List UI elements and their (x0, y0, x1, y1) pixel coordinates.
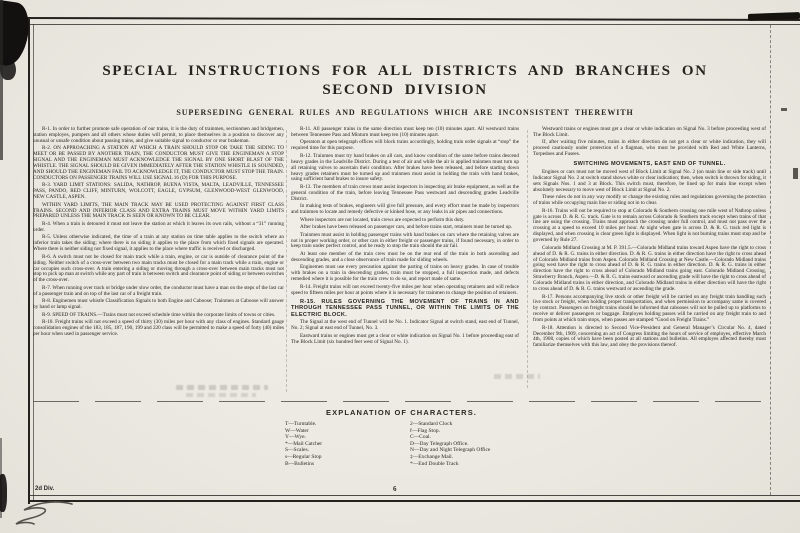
faded-stamp-smudge-2 (186, 393, 256, 397)
page-number: 6 (393, 485, 397, 493)
text-column-1: R-1. In order to further promote safe op… (33, 127, 284, 339)
page-title-line1: SPECIAL INSTRUCTIONS FOR ALL DISTRICTS A… (40, 62, 770, 81)
rule-paragraph: SWITCHING MOVEMENTS, EAST END OF TUNNEL. (533, 161, 766, 167)
page-subtitle: SUPERSEDING GENERAL RULES AND REGULATION… (40, 108, 770, 117)
page-border-left-outer (28, 18, 30, 504)
rule-paragraph: R-8. Enginemen must whistle Classificati… (33, 299, 284, 311)
rule-paragraph: R-17. Persons accompanying live stock or… (533, 295, 766, 325)
legend-item: Y—Wye. (285, 434, 322, 441)
rule-paragraph: In making tests of brakes, engineers wil… (291, 204, 519, 216)
faded-stamp-smudge-1 (176, 385, 268, 390)
rule-paragraph: R-13. The members of train crews must as… (291, 185, 519, 203)
division-label: 2d Div. (35, 486, 54, 492)
rule-paragraph: R-16. Trains will not be required to sto… (533, 209, 766, 244)
rule-paragraph: R-11. All passenger trains in the same d… (291, 127, 519, 139)
rule-paragraph: At least one member of the train crew mu… (291, 252, 519, 264)
scan-speck-right-1 (781, 108, 787, 111)
explanation-of-characters: EXPLANATION OF CHARACTERS. T—Turntable. … (33, 408, 770, 417)
legend-item: *—End Double Track (410, 461, 490, 468)
page-border-right-dotted (770, 25, 771, 495)
section-divider-rule (33, 401, 770, 402)
page-border-top-outer (24, 17, 800, 21)
rule-paragraph: Trainmen must assist in holding passenge… (291, 233, 519, 251)
rule-paragraph: The Signal at the west end of Tunnel wil… (291, 320, 519, 332)
legend-item: *—Mail Catcher (285, 441, 322, 448)
legend-item: C—Coal. (410, 434, 490, 441)
rule-paragraph: R-7. When running over track or bridge u… (33, 286, 284, 298)
rule-paragraph: R-14. Freight trains will not exceed twe… (291, 285, 519, 297)
legend-column-left: T—Turntable. W—Water Y—Wye. *—Mail Catch… (285, 421, 322, 467)
column-divider-1 (286, 130, 287, 392)
legend-item: ‡—Exchange Mail. (410, 454, 490, 461)
rule-paragraph: R-1. In order to further promote safe op… (33, 127, 284, 145)
legend-item: S—Scales. (285, 447, 322, 454)
legend-item: s—Regular Stop (285, 454, 322, 461)
rule-paragraph: After brakes have been released on passe… (291, 225, 519, 231)
rule-paragraph: R-12. Trainmen must try hand brakes on a… (291, 154, 519, 184)
text-column-2: R-11. All passenger trains in the same d… (291, 127, 519, 347)
rule-paragraph: Enginemen must use every precaution agai… (291, 265, 519, 283)
handwritten-mark (8, 498, 80, 530)
rule-paragraph: R-5. Unless otherwise indicated, the tim… (33, 235, 284, 253)
rule-paragraph: These rules do not in any way modify or … (533, 195, 766, 207)
rule-paragraph: If, after waiting five minutes, trains i… (533, 140, 766, 158)
legend-item: f—Flag Stop. (410, 428, 490, 435)
rule-paragraph: R-18. Attention is directed to Second Vi… (533, 326, 766, 350)
rule-paragraph: Westward trains or engines must get a cl… (533, 127, 766, 139)
rule-paragraph: R-10. Freight trains will not exceed a s… (33, 320, 284, 338)
rule-paragraph: WITHIN YARD LIMITS, THE MAIN TRACK MAY B… (33, 203, 284, 221)
scan-ink-blob-bottom-left (0, 474, 7, 512)
scanned-page: SPECIAL INSTRUCTIONS FOR ALL DISTRICTS A… (0, 0, 800, 533)
scan-edge-shadow-left-top (0, 0, 3, 160)
legend-item: T—Turntable. (285, 421, 322, 428)
column-divider-2 (527, 130, 528, 388)
scan-speck-right-2 (793, 168, 798, 179)
rule-paragraph: R-15. RULES GOVERNING THE MOVEMENT OF TR… (291, 299, 519, 318)
legend-item: 2—Standard Clock (410, 421, 490, 428)
rule-paragraph: R-6. A switch must not be closed for mai… (33, 255, 284, 285)
page-border-bottom-inner (28, 495, 800, 496)
page-header: SPECIAL INSTRUCTIONS FOR ALL DISTRICTS A… (40, 62, 770, 100)
page-border-bottom-outer (28, 500, 800, 502)
page-title-line2: SECOND DIVISION (40, 81, 770, 100)
rule-paragraph: Where inspectors are not located, train … (291, 218, 519, 224)
rule-paragraph: R-4. When a train is detoured it must no… (33, 222, 284, 234)
rule-paragraph: Engines or cars must not be moved west o… (533, 170, 766, 194)
rule-paragraph: Eastward trains or engines must get a cl… (291, 334, 519, 346)
explanation-heading: EXPLANATION OF CHARACTERS. (33, 408, 770, 417)
legend-column-right: 2—Standard Clock f—Flag Stop. C—Coal. D—… (410, 421, 490, 467)
rule-paragraph: Operators at open telegraph offices will… (291, 140, 519, 152)
rule-paragraph: R-2. ON APPROACHING A STATION AT WHICH A… (33, 146, 284, 181)
rule-paragraph: Colorado Midland Crossing at M. P. 391.5… (533, 246, 766, 293)
legend-item: W—Water (285, 428, 322, 435)
legend-item: N—Day and Night Telegraph Office (410, 447, 490, 454)
legend-item: B—Bulletins (285, 461, 322, 468)
rule-paragraph: R-9. SPEED OF TRAINS.—Trains must not ex… (33, 313, 284, 319)
rule-paragraph: R-3. YARD LIMIT STATIONS: SALIDA, NATHRO… (33, 183, 284, 201)
text-column-3: Westward trains or engines must get a cl… (533, 127, 766, 351)
faded-stamp-smudge-3 (494, 374, 540, 379)
page-border-top-inner (26, 24, 800, 25)
